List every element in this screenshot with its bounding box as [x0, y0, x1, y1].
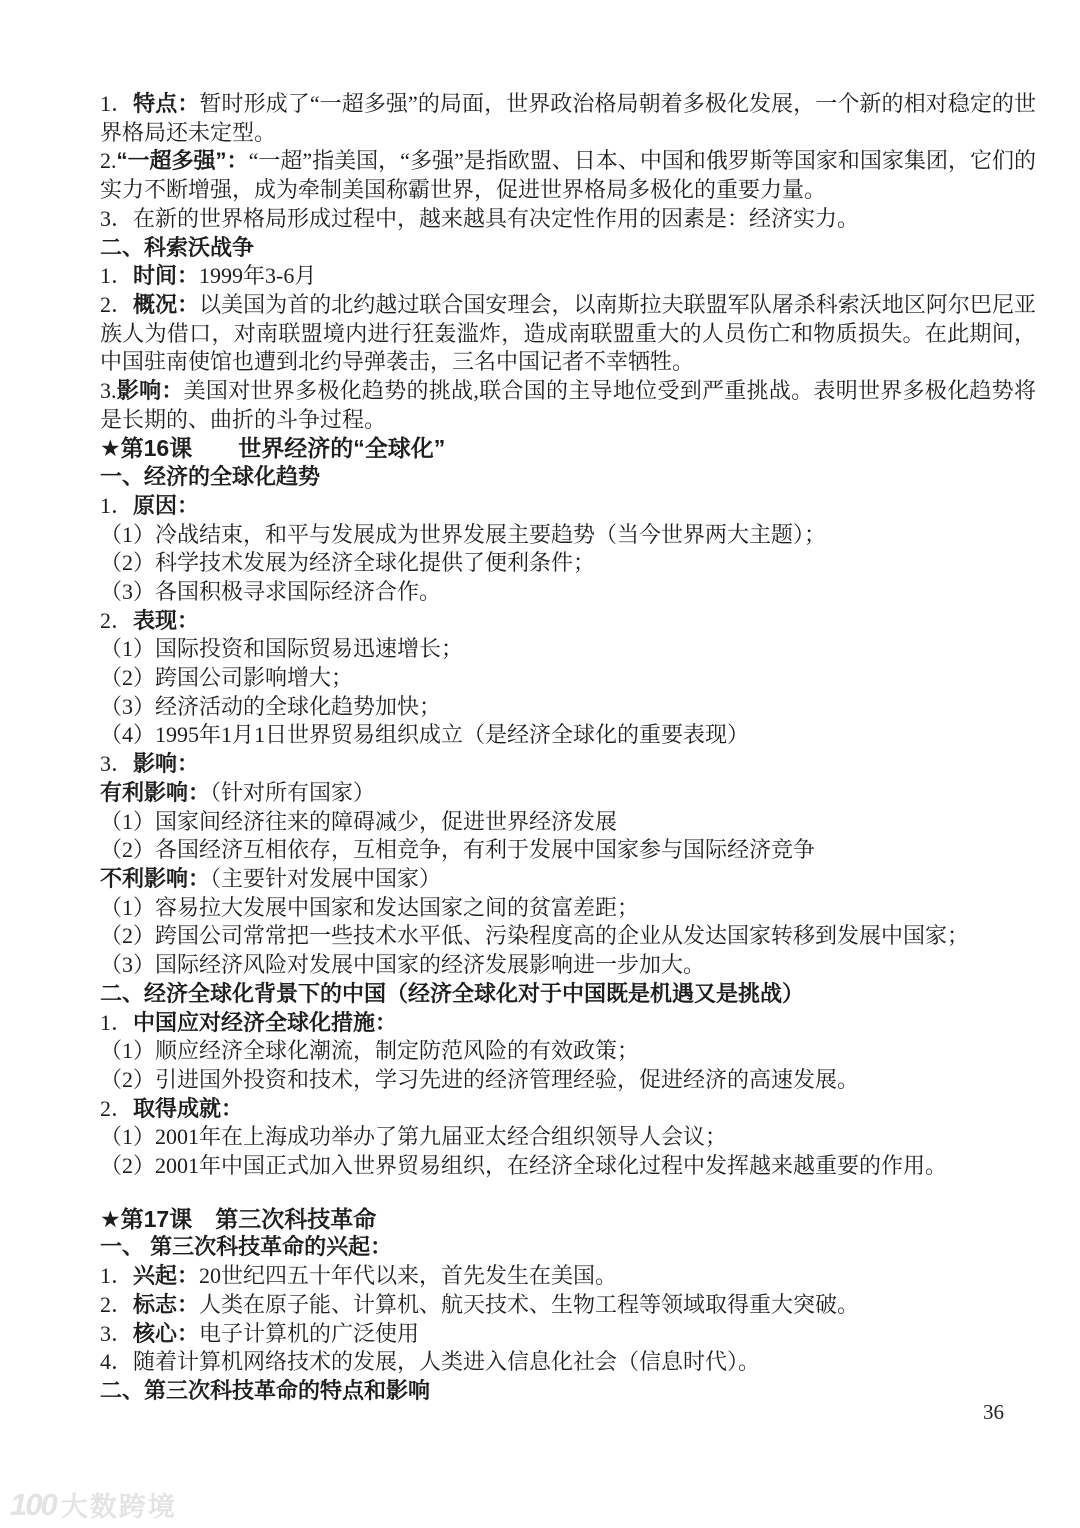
bold-text-segment: 表现： [133, 608, 199, 633]
paragraph: （1）容易拉大发展中国家和发达国家之间的贫富差距； [100, 894, 1036, 923]
text-segment: （4）1995年1月1日世界贸易组织成立（是经济全球化的重要表现） [100, 722, 749, 747]
text-segment: （3）经济活动的全球化趋势加快； [100, 694, 441, 719]
text-segment: （2）2001年中国正式加入世界贸易组织，在经济全球化过程中发挥越来越重要的作用… [100, 1153, 947, 1178]
text-segment: 2. [100, 148, 117, 173]
bold-text-segment: 概况： [133, 292, 199, 317]
bold-text-segment: 特点： [133, 91, 199, 116]
paragraph: 2．取得成就： [100, 1095, 1036, 1124]
text-segment: （3）各国积极寻求国际经济合作。 [100, 579, 441, 604]
paragraph: （1）冷战结束，和平与发展成为世界发展主要趋势（当今世界两大主题）； [100, 521, 1036, 550]
paragraph: 有利影响：（针对所有国家） [100, 779, 1036, 808]
text-segment: 以美国为首的北约越过联合国安理会，以南斯拉夫联盟军队屠杀科索沃地区阿尔巴尼亚族人… [100, 292, 1036, 374]
text-segment: 4．随着计算机网络技术的发展，人类进入信息化社会（信息时代）。 [100, 1349, 760, 1374]
heading: 一、 第三次科技革命的兴起： [100, 1233, 1036, 1262]
watermark-logo-icon: 100 [10, 1487, 56, 1523]
paragraph: （2）跨国公司影响增大； [100, 664, 1036, 693]
paragraph: （3）国际经济风险对发展中国家的经济发展影响进一步加大。 [100, 951, 1036, 980]
document-body: 1．特点：暂时形成了“一超多强”的局面，世界政治格局朝着多极化发展，一个新的相对… [100, 90, 1036, 1406]
text-segment: 2． [100, 1292, 133, 1317]
text-segment: 20世纪四五十年代以来，首先发生在美国。 [199, 1263, 617, 1288]
heading: 二、经济全球化背景下的中国（经济全球化对于中国既是机遇又是挑战） [100, 980, 1036, 1009]
text-segment: （3）国际经济风险对发展中国家的经济发展影响进一步加大。 [100, 952, 705, 977]
text-segment: 3．在新的世界格局形成过程中，越来越具有决定性作用的因素是：经济实力。 [100, 206, 859, 231]
bold-text-segment: 取得成就： [133, 1096, 243, 1121]
bold-text-segment: 二、经济全球化背景下的中国（经济全球化对于中国既是机遇又是挑战） [100, 981, 804, 1006]
paragraph: 3．在新的世界格局形成过程中，越来越具有决定性作用的因素是：经济实力。 [100, 205, 1036, 234]
text-segment: 2． [100, 608, 133, 633]
paragraph: 3．影响： [100, 750, 1036, 779]
text-segment: （2）科学技术发展为经济全球化提供了便利条件； [100, 550, 595, 575]
bold-text-segment: 标志： [133, 1292, 199, 1317]
paragraph: 1．时间：1999年3-6月 [100, 262, 1036, 291]
paragraph: 4．随着计算机网络技术的发展，人类进入信息化社会（信息时代）。 [100, 1348, 1036, 1377]
paragraph: 不利影响：（主要针对发展中国家） [100, 865, 1036, 894]
paragraph: （1）国家间经济往来的障碍减少，促进世界经济发展 [100, 808, 1036, 837]
bold-text-segment: 影响： [117, 378, 184, 403]
text-segment: （1）2001年在上海成功举办了第九届亚太经合组织领导人会议； [100, 1124, 727, 1149]
bold-text-segment: 兴起： [133, 1263, 199, 1288]
paragraph: （1）国际投资和国际贸易迅速增长； [100, 635, 1036, 664]
heading: 一、经济的全球化趋势 [100, 463, 1036, 492]
paragraph: 2．标志：人类在原子能、计算机、航天技术、生物工程等领域取得重大突破。 [100, 1291, 1036, 1320]
heading: ★第16课 世界经济的“全球化” [100, 434, 1036, 463]
paragraph: （3）经济活动的全球化趋势加快； [100, 693, 1036, 722]
text-segment: 1． [100, 263, 133, 288]
bold-text-segment: ★第16课 世界经济的“全球化” [100, 435, 445, 461]
paragraph: 1．特点：暂时形成了“一超多强”的局面，世界政治格局朝着多极化发展，一个新的相对… [100, 90, 1036, 147]
paragraph: 3.影响：美国对世界多极化趋势的挑战,联合国的主导地位受到严重挑战。表明世界多极… [100, 377, 1036, 434]
paragraph: （1）2001年在上海成功举办了第九届亚太经合组织领导人会议； [100, 1123, 1036, 1152]
text-segment: （1）容易拉大发展中国家和发达国家之间的贫富差距； [100, 895, 639, 920]
heading: 二、科索沃战争 [100, 234, 1036, 263]
text-segment: 1999年3-6月 [199, 263, 316, 288]
bold-text-segment: 原因： [133, 493, 199, 518]
bold-text-segment: 二、第三次科技革命的特点和影响 [100, 1378, 430, 1403]
text-segment: （2）跨国公司影响增大； [100, 665, 353, 690]
paragraph: 2.“一超多强”：“一超”指美国，“多强”是指欧盟、日本、中国和俄罗斯等国家和国… [100, 147, 1036, 204]
paragraph: （1）顺应经济全球化潮流，制定防范风险的有效政策； [100, 1037, 1036, 1066]
bold-text-segment: “一超多强”： [117, 148, 249, 173]
bold-text-segment: 一、经济的全球化趋势 [100, 464, 320, 489]
heading: ★第17课 第三次科技革命 [100, 1205, 1036, 1234]
paragraph: 1．兴起：20世纪四五十年代以来，首先发生在美国。 [100, 1262, 1036, 1291]
paragraph: 3．核心：电子计算机的广泛使用 [100, 1320, 1036, 1349]
bold-text-segment: 不利影响： [100, 866, 210, 891]
bold-text-segment: ★第17课 第三次科技革命 [100, 1206, 376, 1232]
text-segment: 暂时形成了“一超多强”的局面，世界政治格局朝着多极化发展，一个新的相对稳定的世界… [100, 91, 1036, 145]
text-segment: （2）各国经济互相依存，互相竞争，有利于发展中国家参与国际经济竞争 [100, 837, 815, 862]
text-segment: 美国对世界多极化趋势的挑战,联合国的主导地位受到严重挑战。表明世界多极化趋势将是… [100, 378, 1036, 432]
bold-text-segment: 中国应对经济全球化措施： [133, 1010, 397, 1035]
paragraph: （2）各国经济互相依存，互相竞争，有利于发展中国家参与国际经济竞争 [100, 836, 1036, 865]
text-segment: （1）冷战结束，和平与发展成为世界发展主要趋势（当今世界两大主题）； [100, 522, 826, 547]
paragraph: 1．原因： [100, 492, 1036, 521]
text-segment: 1． [100, 1010, 133, 1035]
text-segment: 2． [100, 1096, 133, 1121]
text-segment: （针对所有国家） [210, 780, 375, 805]
paragraph: 2．概况：以美国为首的北约越过联合国安理会，以南斯拉夫联盟军队屠杀科索沃地区阿尔… [100, 291, 1036, 377]
text-segment: （2）引进国外投资和技术，学习先进的经济管理经验，促进经济的高速发展。 [100, 1067, 859, 1092]
text-segment: （1）国际投资和国际贸易迅速增长； [100, 636, 463, 661]
bold-text-segment: 二、科索沃战争 [100, 235, 254, 260]
text-segment: 1． [100, 493, 133, 518]
paragraph: 1．中国应对经济全球化措施： [100, 1009, 1036, 1038]
page-number: 36 [983, 1400, 1004, 1425]
text-segment: 1． [100, 91, 133, 116]
watermark-text: 大数跨境 [61, 1485, 177, 1524]
bold-text-segment: 有利影响： [100, 780, 210, 805]
text-segment: 电子计算机的广泛使用 [199, 1321, 419, 1346]
text-segment: 3. [100, 378, 117, 403]
paragraph: （2）2001年中国正式加入世界贸易组织，在经济全球化过程中发挥越来越重要的作用… [100, 1152, 1036, 1181]
text-segment: 人类在原子能、计算机、航天技术、生物工程等领域取得重大突破。 [199, 1292, 859, 1317]
paragraph: （2）引进国外投资和技术，学习先进的经济管理经验，促进经济的高速发展。 [100, 1066, 1036, 1095]
text-segment: （2）跨国公司常常把一些技术水平低、污染程度高的企业从发达国家转移到发展中国家； [100, 923, 969, 948]
paragraph: （3）各国积极寻求国际经济合作。 [100, 578, 1036, 607]
text-segment: （1）国家间经济往来的障碍减少，促进世界经济发展 [100, 809, 617, 834]
text-segment: （1）顺应经济全球化潮流，制定防范风险的有效政策； [100, 1038, 639, 1063]
spacer [100, 1181, 1036, 1205]
bold-text-segment: 时间： [133, 263, 199, 288]
bold-text-segment: 一、 第三次科技革命的兴起： [100, 1234, 392, 1259]
text-segment: 2． [100, 292, 133, 317]
paragraph: （2）跨国公司常常把一些技术水平低、污染程度高的企业从发达国家转移到发展中国家； [100, 922, 1036, 951]
paragraph: （2）科学技术发展为经济全球化提供了便利条件； [100, 549, 1036, 578]
text-segment: 1． [100, 1263, 133, 1288]
bold-text-segment: 核心： [133, 1321, 199, 1346]
heading: 二、第三次科技革命的特点和影响 [100, 1377, 1036, 1406]
text-segment: 3． [100, 1321, 133, 1346]
paragraph: 2．表现： [100, 607, 1036, 636]
paragraph: （4）1995年1月1日世界贸易组织成立（是经济全球化的重要表现） [100, 721, 1036, 750]
text-segment: 3． [100, 751, 133, 776]
watermark: 100 大数跨境 [10, 1485, 177, 1524]
bold-text-segment: 影响： [133, 751, 199, 776]
text-segment: （主要针对发展中国家） [210, 866, 441, 891]
